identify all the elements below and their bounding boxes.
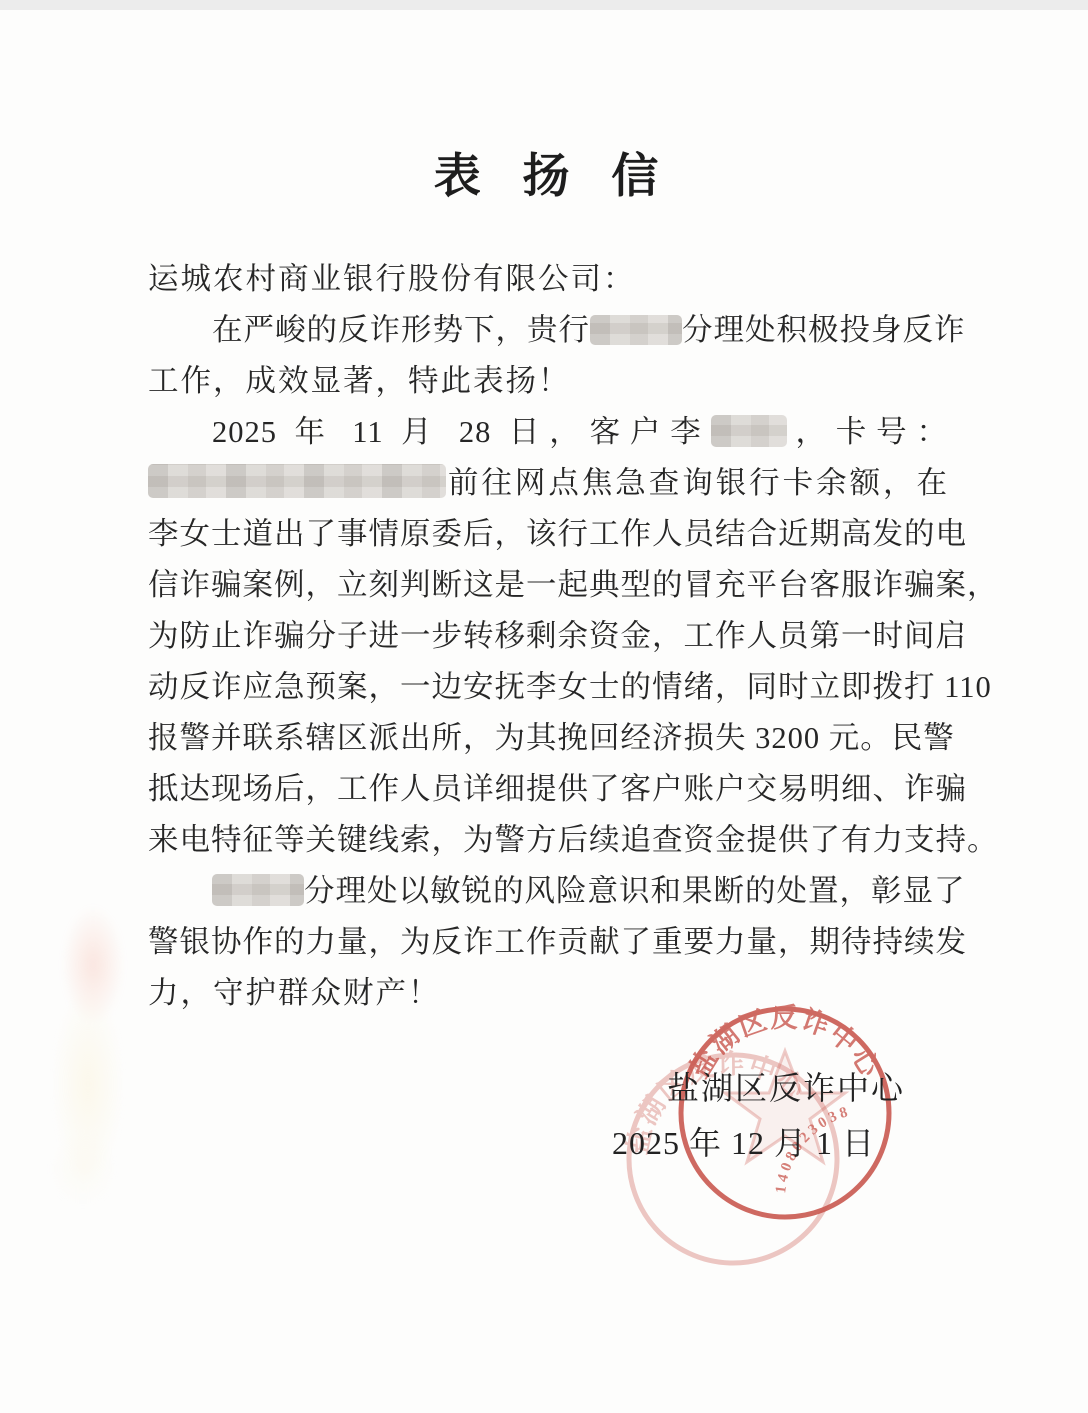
- body-text: 来电特征等关键线索，为警方后续追查资金提供了有力支持。: [148, 823, 999, 857]
- letter-date: 2025 年 12 月 1 日: [612, 1118, 875, 1164]
- body-text: 抵达现场后，工作人员详细提供了客户账户交易明细、诈骗: [148, 772, 967, 806]
- body-line: 运城农村商业银行股份有限公司：: [148, 254, 948, 305]
- body-line: 李女士道出了事情原委后，该行工作人员结合近期高发的电: [148, 509, 948, 560]
- body-text: 报警并联系辖区派出所，为其挽回经济损失 3200 元。民警: [148, 721, 955, 755]
- body-line: 动反诈应急预案，一边安抚李女士的情绪，同时立即拨打 110: [148, 662, 948, 713]
- stamp-main-impression: 盐湖区反诈中心 1408023038: [681, 1003, 889, 1217]
- body-text: 前往网点焦急查询银行卡余额，在: [446, 466, 948, 500]
- scan-edge-strip: [0, 0, 1088, 10]
- official-stamp: 盐湖区反诈中心 盐湖区反诈中心 1408023038: [575, 903, 995, 1323]
- body-line: 信诈骗案例，立刻判断这是一起典型的冒充平台客服诈骗案，: [148, 560, 948, 611]
- body-line: 工作，成效显著，特此表扬！: [148, 356, 948, 407]
- redaction-block: [148, 464, 446, 498]
- page-title: 表 扬 信: [148, 148, 948, 206]
- body-line: 报警并联系辖区派出所，为其挽回经济损失 3200 元。民警: [148, 713, 948, 764]
- body-text: 为防止诈骗分子进一步转移剩余资金，工作人员第一时间启: [148, 619, 967, 653]
- body-text: 李女士道出了事情原委后，该行工作人员结合近期高发的电: [148, 517, 967, 551]
- body-line: 来电特征等关键线索，为警方后续追查资金提供了有力支持。: [148, 815, 948, 866]
- letter-page: 表 扬 信 运城农村商业银行股份有限公司：在严峻的反诈形势下，贵行分理处积极投身…: [0, 0, 1088, 1413]
- body-text: 动反诈应急预案，一边安抚李女士的情绪，同时立即拨打 110: [148, 670, 992, 704]
- letter-content: 表 扬 信 运城农村商业银行股份有限公司：在严峻的反诈形势下，贵行分理处积极投身…: [148, 148, 948, 1019]
- redaction-block: [212, 874, 304, 906]
- body-text: 工作，成效显著，特此表扬！: [148, 364, 571, 398]
- body-text: 信诈骗案例，立刻判断这是一起典型的冒充平台客服诈骗案，: [148, 568, 999, 602]
- body-text: 分理处积极投身反诈: [682, 313, 966, 347]
- body-text: ，卡号：: [787, 415, 948, 449]
- body-line: 抵达现场后，工作人员详细提供了客户账户交易明细、诈骗: [148, 764, 948, 815]
- redaction-block: [711, 415, 787, 447]
- body-text: 在严峻的反诈形势下，贵行: [212, 313, 590, 347]
- redaction-block: [590, 315, 682, 345]
- body-line: 在严峻的反诈形势下，贵行分理处积极投身反诈: [148, 305, 948, 356]
- body-text: 运城农村商业银行股份有限公司：: [148, 262, 636, 296]
- body-line: 2025 年 11 月 28 日，客户李，卡号：: [148, 407, 948, 458]
- body-text: 2025 年 11 月 28 日，客户李: [212, 415, 711, 449]
- body-line: 前往网点焦急查询银行卡余额，在: [148, 458, 948, 509]
- body-line: 为防止诈骗分子进一步转移剩余资金，工作人员第一时间启: [148, 611, 948, 662]
- body-text: 力，守护群众财产！: [148, 976, 441, 1010]
- scan-smudge: [38, 880, 138, 1220]
- signature: 盐湖区反诈中心: [667, 1063, 905, 1109]
